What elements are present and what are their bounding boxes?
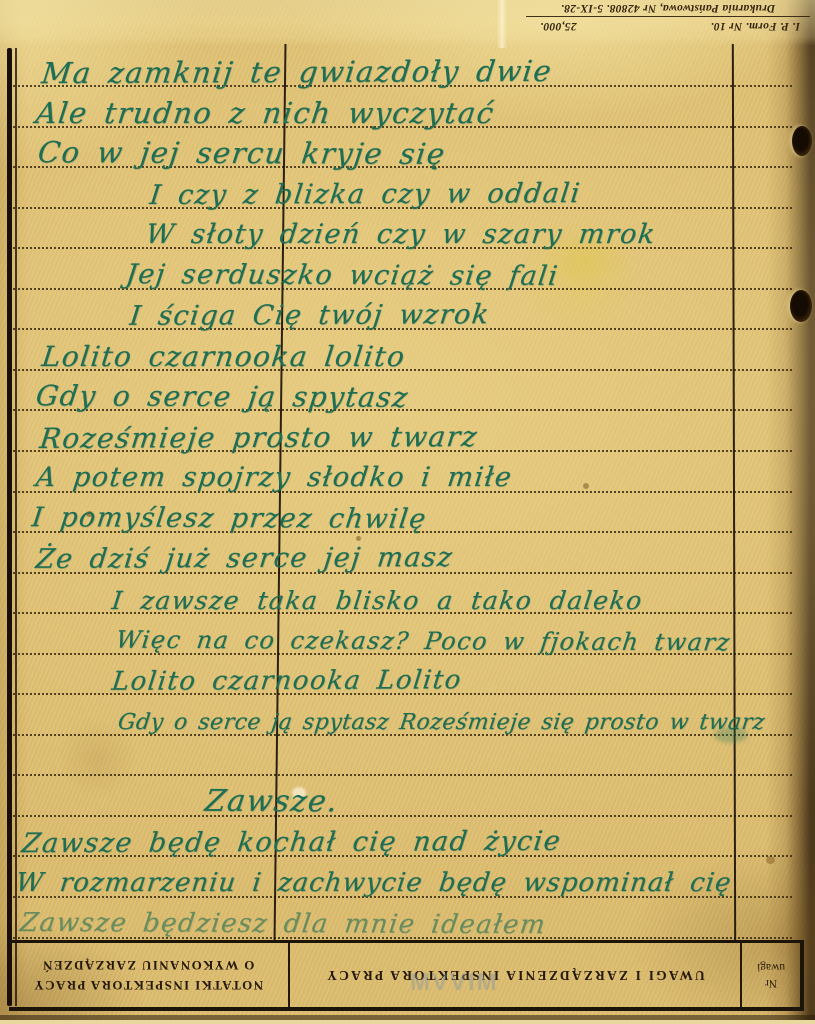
handwritten-line: Zawsze będę kochał cię nad życie [20,826,563,859]
imprint-divider [526,16,810,17]
ruled-line [13,774,792,776]
handwritten-line: W rozmarzeniu i zachwycie będę wspominał… [14,868,733,898]
left-margin-border-thin [15,48,17,1006]
footer-cell-nr: Nr uwagi [740,943,800,1007]
handwritten-line: I ściga Cię twój wzrok [128,299,492,332]
handwritten-line: Więc na co czekasz? Poco w fjokach twarz [114,626,732,657]
handwritten-line: Roześmieje prosto w twarz [38,420,480,455]
form-number: I. P. Form. Nr 10. [710,20,800,32]
ruled-line [13,815,792,817]
punch-hole [790,290,812,322]
footer-table: NOTATKI INSPEKTORA PRACY O WYKONANIU ZAR… [9,940,804,1011]
handwritten-line: I czy z blizka czy w oddali [148,178,583,211]
handwritten-line: Ma zamknij te gwiazdoły dwie [40,54,554,90]
printed-imprint-block: I. P. Form. Nr 10. 25,000. Drukarnia Pań… [526,2,810,33]
handwritten-line: Gdy o serce ją spytasz Roześmieje się pr… [116,710,766,735]
faint-stamp: MVVIM [410,969,499,997]
handwritten-line: Co w jej sercu kryje się [36,135,448,171]
vertical-rule-right [732,44,736,942]
stain [356,536,361,541]
handwritten-line: A potem spojrzy słodko i miłe [34,462,514,493]
nr-line2: uwagi [757,959,785,975]
print-run: 25,000. [540,20,577,32]
form-number-row: I. P. Form. Nr 10. 25,000. [526,17,810,33]
stain [583,483,589,489]
stain [766,856,775,864]
notatki-header: NOTATKI INSPEKTORA PRACY O WYKONANIU ZAR… [33,956,263,995]
footer-cell-notatki: NOTATKI INSPEKTORA PRACY O WYKONANIU ZAR… [9,943,288,1007]
footer-cell-uwagi: UWAGI I ZARZĄDZENIA INSPEKTORA PRACY MVV… [288,943,740,1007]
handwritten-line: W słoty dzień czy w szary mrok [144,219,658,250]
handwritten-line: Lolito czarnooka Lolito [110,665,464,697]
uwagi-header: UWAGI I ZARZĄDZENIA INSPEKTORA PRACY [325,967,705,983]
scanned-document-page: I. P. Form. Nr 10. 25,000. Drukarnia Pań… [0,0,815,1024]
nr-header: Nr uwagi [757,959,785,991]
handwritten-line: Jej serduszko wciąż się fali [124,259,560,292]
handwritten-line: Że dziś już serce jej masz [34,542,455,575]
notatki-line2: O WYKONANIU ZARZĄDZEŃ [33,956,263,976]
nr-line1: Nr [757,975,785,991]
punch-hole [792,126,812,156]
handwritten-line: Zawsze będziesz dla mnie ideałem [18,908,548,940]
handwritten-line: Lolito czarnooka lolito [40,340,408,373]
left-margin-border-thick [7,48,12,1006]
printer-line: Drukarnia Państwowa, Nr 42808. 5-IX-28. [526,2,810,16]
handwritten-line: Zawsze. [203,784,341,820]
paper-crease [497,0,507,48]
handwritten-line: Gdy o serce ją spytasz [34,379,411,414]
handwritten-line: Ale trudno z nich wyczytać [34,96,497,130]
notatki-line1: NOTATKI INSPEKTORA PRACY [33,975,263,995]
scan-bottom-edge [0,1020,815,1024]
handwritten-line: I zawsze taka blisko a tako daleko [110,586,644,615]
handwritten-line: I pomyślesz przez chwilę [30,502,429,535]
